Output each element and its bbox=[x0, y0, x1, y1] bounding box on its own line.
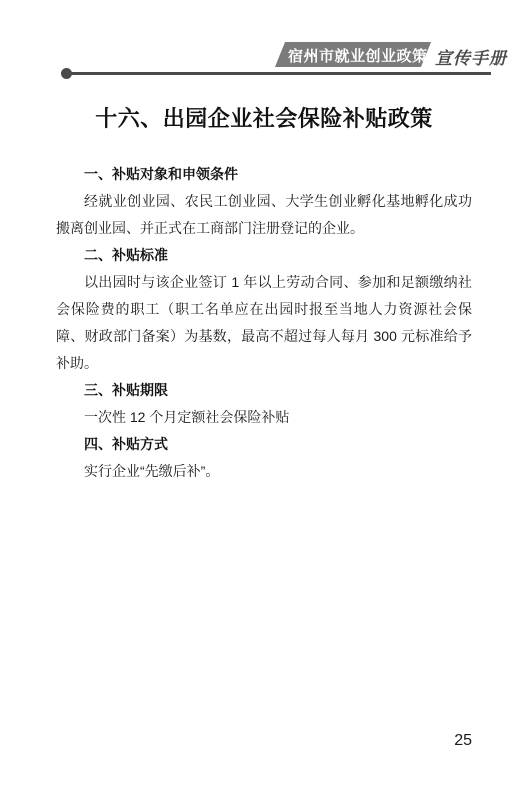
section-4-heading: 四、补贴方式 bbox=[56, 431, 472, 458]
section-1-body: 经就业创业园、农民工创业园、大学生创业孵化基地孵化成功搬离创业园、并正式在工商部… bbox=[56, 188, 472, 242]
header-rule-dot bbox=[61, 68, 72, 79]
handbook-page: 宿州市就业创业政策 宣传手册 十六、出园企业社会保险补贴政策 一、补贴对象和申领… bbox=[0, 0, 528, 793]
handbook-label: 宣传手册 bbox=[435, 44, 495, 69]
section-2-body: 以出园时与该企业签订 1 年以上劳动合同、参加和足额缴纳社会保险费的职工（职工名… bbox=[56, 269, 472, 377]
header-rule-line bbox=[66, 72, 491, 75]
section-3-body: 一次性 12 个月定额社会保险补贴 bbox=[56, 404, 472, 431]
page-title: 十六、出园企业社会保险补贴政策 bbox=[56, 102, 472, 133]
section-4-body: 实行企业“先缴后补”。 bbox=[56, 458, 472, 485]
page-header: 宿州市就业创业政策 宣传手册 bbox=[0, 0, 528, 90]
policy-content: 一、补贴对象和申领条件 经就业创业园、农民工创业园、大学生创业孵化基地孵化成功搬… bbox=[56, 161, 472, 485]
page-number: 25 bbox=[454, 732, 472, 750]
section-1-heading: 一、补贴对象和申领条件 bbox=[56, 161, 472, 188]
section-3-heading: 三、补贴期限 bbox=[56, 377, 472, 404]
series-title-label: 宿州市就业创业政策 bbox=[288, 45, 424, 66]
section-2-heading: 二、补贴标准 bbox=[56, 242, 472, 269]
